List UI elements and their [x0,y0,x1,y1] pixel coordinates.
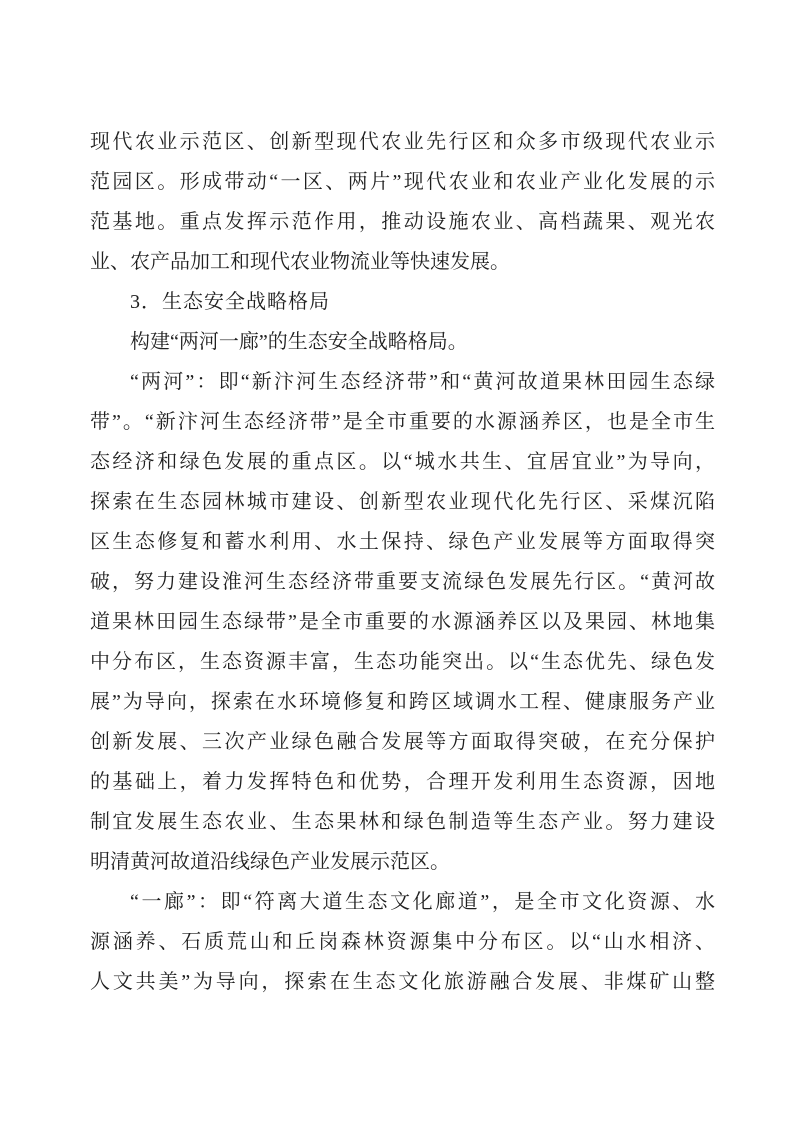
text-line: 道果林田园生态绿带”是全市重要的水源涵养区以及果园、林地集 [90,602,715,642]
text-line: 业、农产品加工和现代农业物流业等快速发展。 [90,242,715,282]
text-line: 明清黄河故道沿线绿色产业发展示范区。 [90,842,715,882]
document-page: 现代农业示范区、创新型现代农业先行区和众多市级现代农业示范园区。形成带动“一区、… [0,0,793,1122]
paragraph-two-rivers-one-corridor-intro: 构建“两河一廊”的生态安全战略格局。 [90,322,715,362]
text-line: 范园区。形成带动“一区、两片”现代农业和农业产业化发展的示 [90,162,715,202]
text-line: 中分布区，生态资源丰富，生态功能突出。以“生态优先、绿色发 [90,642,715,682]
text-line: 人文共美”为导向，探索在生态文化旅游融合发展、非煤矿山整 [90,962,715,1002]
text-line: 展”为导向，探索在水环境修复和跨区域调水工程、健康服务产业 [90,682,715,722]
page-content: 现代农业示范区、创新型现代农业先行区和众多市级现代农业示范园区。形成带动“一区、… [90,122,715,1002]
text-line: 破，努力建设淮河生态经济带重要支流绿色发展先行区。“黄河故 [90,562,715,602]
text-line: “两河”：即“新汴河生态经济带”和“黄河故道果林田园生态绿 [90,362,715,402]
paragraph-two-rivers: “两河”：即“新汴河生态经济带”和“黄河故道果林田园生态绿带”。“新汴河生态经济… [90,362,715,882]
text-line: 构建“两河一廊”的生态安全战略格局。 [90,322,715,362]
heading-eco-security-pattern: 3．生态安全战略格局 [90,282,715,322]
text-line: 探索在生态园林城市建设、创新型农业现代化先行区、采煤沉陷 [90,482,715,522]
text-line: 的基础上，着力发挥特色和优势，合理开发利用生态资源，因地 [90,762,715,802]
text-line: 现代农业示范区、创新型现代农业先行区和众多市级现代农业示 [90,122,715,162]
text-line: 范基地。重点发挥示范作用，推动设施农业、高档蔬果、观光农 [90,202,715,242]
text-line: 创新发展、三次产业绿色融合发展等方面取得突破，在充分保护 [90,722,715,762]
paragraph-modern-agriculture: 现代农业示范区、创新型现代农业先行区和众多市级现代农业示范园区。形成带动“一区、… [90,122,715,282]
text-line: 带”。“新汴河生态经济带”是全市重要的水源涵养区，也是全市生 [90,402,715,442]
text-line: 区生态修复和蓄水利用、水土保持、绿色产业发展等方面取得突 [90,522,715,562]
text-line: 态经济和绿色发展的重点区。以“城水共生、宜居宜业”为导向， [90,442,715,482]
text-line: “一廊”：即“符离大道生态文化廊道”，是全市文化资源、水 [90,882,715,922]
heading-line: 3．生态安全战略格局 [90,282,715,322]
text-line: 制宜发展生态农业、生态果林和绿色制造等生态产业。努力建设 [90,802,715,842]
text-line: 源涵养、石质荒山和丘岗森林资源集中分布区。以“山水相济、 [90,922,715,962]
paragraph-one-corridor: “一廊”：即“符离大道生态文化廊道”，是全市文化资源、水源涵养、石质荒山和丘岗森… [90,882,715,1002]
